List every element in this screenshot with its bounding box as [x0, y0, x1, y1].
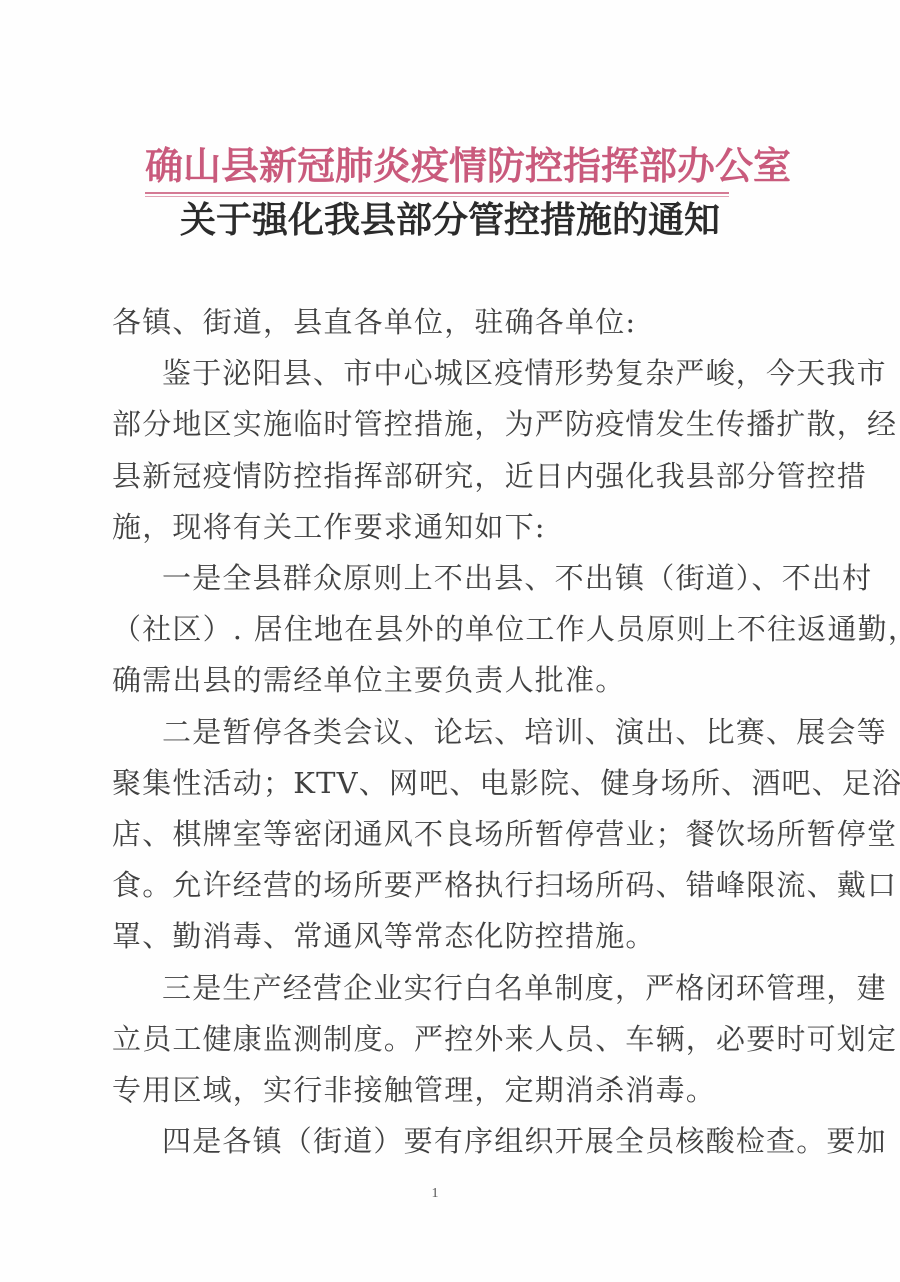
issuing-office-heading: 确山县新冠肺炎疫情防控指挥部办公室 — [145, 143, 729, 189]
paragraph-intro: 鉴于泌阳县、市中心城区疫情形势复杂严峻，今天我市 部分地区实施临时管控措施，为严… — [112, 348, 762, 553]
paragraph-item-3: 三是生产经营企业实行白名单制度，严格闭环管理，建 立员工健康监测制度。严控外来人… — [112, 963, 762, 1117]
text-line: 三是生产经营企业实行白名单制度，严格闭环管理，建 — [112, 963, 762, 1014]
text-line: 鉴于泌阳县、市中心城区疫情形势复杂严峻，今天我市 — [112, 348, 762, 399]
text-line: 施，现将有关工作要求通知如下: — [112, 502, 762, 553]
text-line: 部分地区实施临时管控措施，为严防疫情发生传播扩散，经 — [112, 399, 762, 450]
salutation: 各镇、街道，县直各单位，驻确各单位: — [112, 297, 762, 348]
document-title: 关于强化我县部分管控措施的通知 — [170, 197, 730, 243]
text-line: 县新冠疫情防控指挥部研究，近日内强化我县部分管控措 — [112, 451, 762, 502]
document-page: 确山县新冠肺炎疫情防控指挥部办公室 关于强化我县部分管控措施的通知 各镇、街道，… — [0, 0, 900, 1282]
heading-underline — [145, 192, 729, 194]
text-line: 罩、勤消毒、常通风等常态化防控措施。 — [112, 911, 762, 962]
text-line: 立员工健康监测制度。严控外来人员、车辆，必要时可划定 — [112, 1014, 762, 1065]
salutation-line: 各镇、街道，县直各单位，驻确各单位: — [112, 297, 762, 348]
paragraph-item-4: 四是各镇（街道）要有序组织开展全员核酸检查。要加 — [112, 1116, 762, 1167]
text-line: 专用区域，实行非接触管理，定期消杀消毒。 — [112, 1065, 762, 1116]
text-line: 食。允许经营的场所要严格执行扫场所码、错峰限流、戴口 — [112, 860, 762, 911]
text-line: （社区）. 居住地在县外的单位工作人员原则上不往返通勤， — [112, 604, 762, 655]
text-line: 一是全县群众原则上不出县、不出镇（街道）、不出村 — [112, 553, 762, 604]
text-line: 店、棋牌室等密闭通风不良场所暂停营业；餐饮场所暂停堂 — [112, 809, 762, 860]
text-line: 二是暂停各类会议、论坛、培训、演出、比赛、展会等 — [112, 707, 762, 758]
paragraph-item-1: 一是全县群众原则上不出县、不出镇（街道）、不出村 （社区）. 居住地在县外的单位… — [112, 553, 762, 707]
text-line: 聚集性活动；KTV、网吧、电影院、健身场所、酒吧、足浴 — [112, 758, 762, 809]
text-line: 四是各镇（街道）要有序组织开展全员核酸检查。要加 — [112, 1116, 762, 1167]
paragraph-item-2: 二是暂停各类会议、论坛、培训、演出、比赛、展会等 聚集性活动；KTV、网吧、电影… — [112, 707, 762, 963]
text-line: 确需出县的需经单位主要负责人批准。 — [112, 655, 762, 706]
page-number: 1 — [425, 1186, 445, 1202]
document-body: 各镇、街道，县直各单位，驻确各单位: 鉴于泌阳县、市中心城区疫情形势复杂严峻，今… — [112, 297, 762, 1167]
